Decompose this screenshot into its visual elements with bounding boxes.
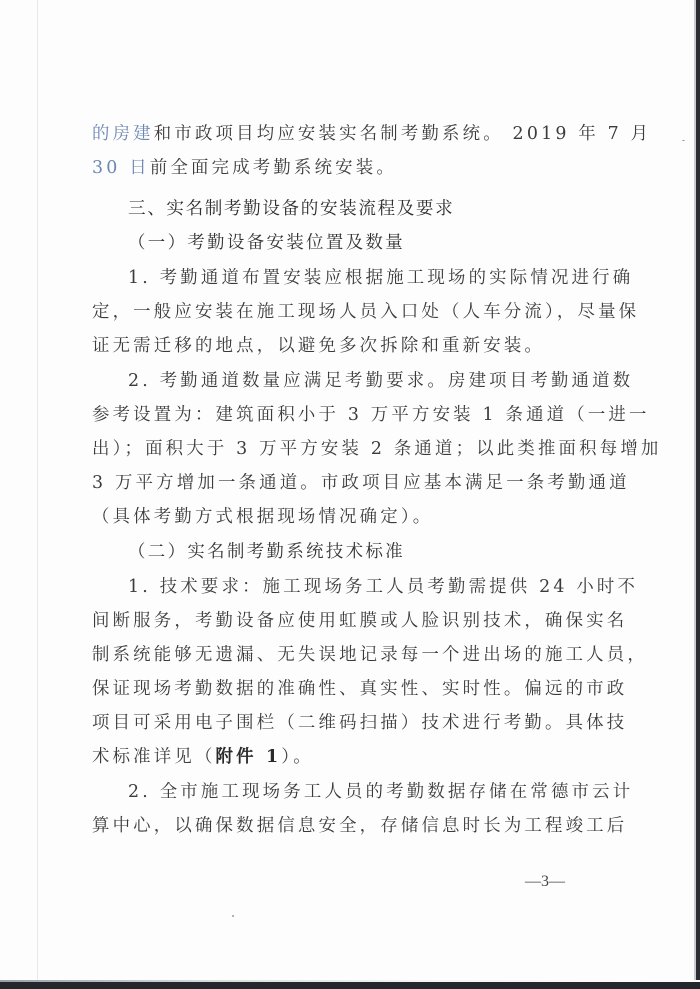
paragraph-4-line-2: 算中心，以确保数据信息安全，存储信息时长为工程竣工后	[92, 815, 578, 837]
body-line-2: 30 日前全面完成考勤系统安装。	[92, 157, 578, 179]
scan-left-edge	[37, 0, 38, 982]
paragraph-3-line-2: 间断服务，考勤设备应使用虹膜或人脸识别技术，确保实名	[92, 610, 578, 632]
attachment-reference: 附件 1	[216, 747, 282, 767]
section-heading-3: 三、实名制考勤设备的安装流程及要求	[128, 198, 578, 220]
paragraph-3-line-6: 术标准详见（附件 1）。	[92, 746, 578, 768]
subsection-heading-2: （二）实名制考勤系统技术标准	[128, 541, 578, 563]
document-page: 的房建和市政项目均应安装实名制考勤系统。 2019 年 7 月 30 日前全面完…	[0, 0, 700, 989]
scan-bottom-edge	[0, 982, 700, 989]
scan-speck	[232, 915, 234, 917]
paragraph-2-line-2: 参考设置为：建筑面积小于 3 万平方安装 1 条通道（一进一	[92, 404, 578, 426]
body-line-1: 的房建和市政项目均应安装实名制考勤系统。 2019 年 7 月	[92, 123, 578, 145]
paragraph-4-line-1: 2. 全市施工现场务工人员的考勤数据存储在常德市云计	[128, 781, 578, 803]
body-text: ）。	[281, 747, 313, 767]
paragraph-2-line-4: 3 万平方增加一条通道。市政项目应基本满足一条考勤通道	[92, 472, 578, 494]
paragraph-1-line-1: 1. 考勤通道布置安装应根据施工现场的实际情况进行确	[128, 267, 578, 289]
paragraph-3-line-1: 1. 技术要求：施工现场务工人员考勤需提供 24 小时不	[128, 576, 578, 598]
scan-right-edge	[696, 0, 700, 989]
body-text: 前全面完成考勤系统安装。	[150, 158, 397, 178]
paragraph-1-line-3: 证无需迁移的地点，以避免多次拆除和重新安装。	[92, 335, 578, 357]
paragraph-3-line-5: 项目可采用电子围栏（二维码扫描）技术进行考勤。具体技	[92, 712, 578, 734]
page-number: —3—	[520, 872, 570, 892]
paragraph-2-line-5: （具体考勤方式根据现场情况确定）。	[92, 506, 578, 528]
paragraph-3-line-3: 制系统能够无遗漏、无失误地记录每一个进出场的施工人员，	[92, 644, 578, 666]
paragraph-2-line-3: 出）；面积大于 3 万平方安装 2 条通道；以此类推面积每增加	[92, 438, 578, 460]
subsection-heading-1: （一）考勤设备安装位置及数量	[128, 232, 578, 254]
tinted-text: 30 日	[92, 158, 150, 178]
paragraph-2-line-1: 2. 考勤通道数量应满足考勤要求。房建项目考勤通道数	[128, 370, 578, 392]
scan-speck	[682, 140, 685, 141]
paragraph-1-line-2: 定，一般应安装在施工现场人员入口处（人车分流），尽量保	[92, 301, 578, 323]
paragraph-3-line-4: 保证现场考勤数据的准确性、真实性、实时性。偏远的市政	[92, 678, 578, 700]
tinted-text: 的房建	[92, 124, 154, 144]
body-text: 术标准详见（	[92, 747, 216, 767]
body-text: 和市政项目均应安装实名制考勤系统。 2019 年 7 月	[154, 124, 651, 144]
